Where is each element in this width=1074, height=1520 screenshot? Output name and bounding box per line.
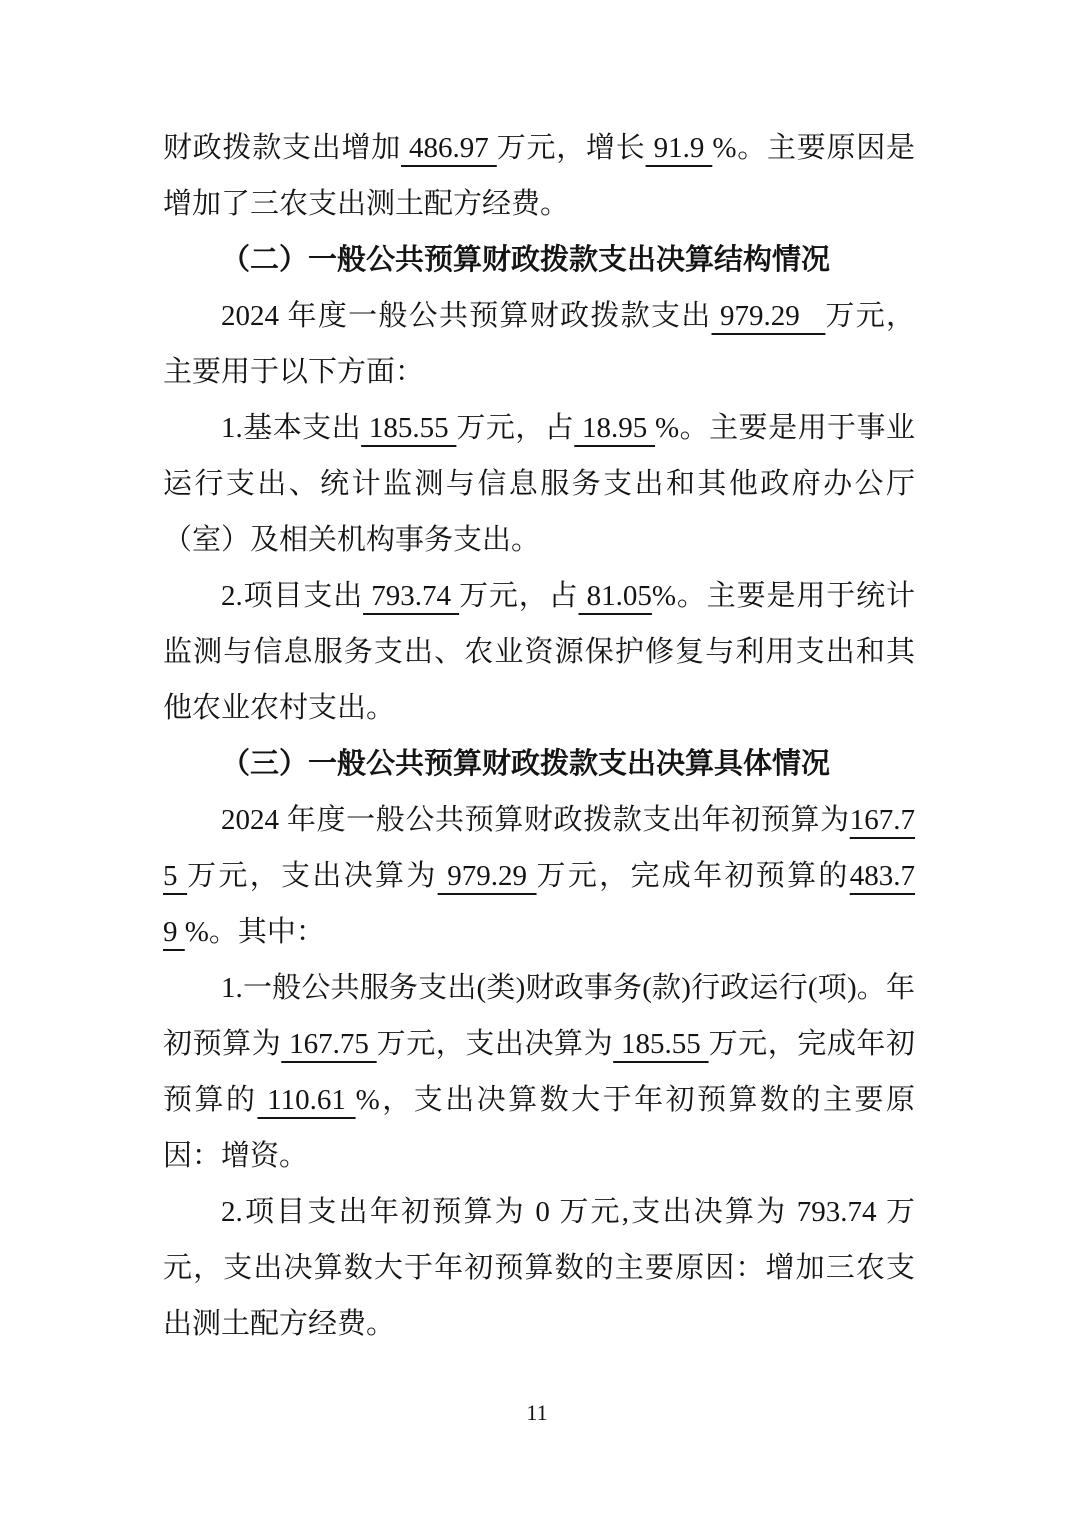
text-run: （二）一般公共预算财政拨款支出决算结构情况 <box>221 244 830 276</box>
text-run: 2024 年度一般公共预算财政拨款支出年初预算为 <box>221 804 850 836</box>
text-run: 万元，完成年初预算的 <box>537 860 850 892</box>
underlined-value: 185.55 <box>361 412 456 444</box>
document-body: 财政拨款支出增加 486.97 万元，增长 91.9 %。主要原因是增加了三农支… <box>163 120 915 1352</box>
document-page: 财政拨款支出增加 486.97 万元，增长 91.9 %。主要原因是增加了三农支… <box>0 0 1074 1520</box>
text-run: 2.项目支出 <box>221 580 363 612</box>
section-heading: （二）一般公共预算财政拨款支出决算结构情况 <box>163 232 915 288</box>
underlined-value: 979.29 <box>712 300 826 332</box>
paragraph: 财政拨款支出增加 486.97 万元，增长 91.9 %。主要原因是增加了三农支… <box>163 120 915 232</box>
text-run: 万元，占 <box>456 412 574 444</box>
underlined-value: 91.9 <box>646 132 713 164</box>
text-run: 万元，占 <box>459 580 578 612</box>
text-run: %。其中： <box>185 916 325 948</box>
paragraph: 2024 年度一般公共预算财政拨款支出年初预算为167.75 万元，支出决算为 … <box>163 792 915 960</box>
text-run: 万元，支出决算为 <box>377 1028 614 1060</box>
paragraph: 1.一般公共服务支出(类)财政事务(款)行政运行(项)。年初预算为 167.75… <box>163 960 915 1184</box>
paragraph: 2.项目支出年初预算为 0 万元,支出决算为 793.74 万元，支出决算数大于… <box>163 1184 915 1352</box>
underlined-value: 979.29 <box>438 860 537 892</box>
paragraph: 2024 年度一般公共预算财政拨款支出 979.29 万元，主要用于以下方面： <box>163 288 915 400</box>
text-run: 万元，支出决算为 <box>187 860 438 892</box>
text-run: （三）一般公共预算财政拨款支出决算具体情况 <box>221 748 830 780</box>
underlined-value: 18.95 <box>574 412 655 444</box>
text-run: 2.项目支出年初预算为 0 万元,支出决算为 793.74 万元，支出决算数大于… <box>163 1196 915 1340</box>
paragraph: 2.项目支出 793.74 万元，占 81.05%。主要是用于统计监测与信息服务… <box>163 568 915 736</box>
text-run: 1.基本支出 <box>221 412 361 444</box>
text-run: 财政拨款支出增加 <box>163 132 401 164</box>
page-number: 11 <box>0 1398 1074 1428</box>
underlined-value: 793.74 <box>363 580 459 612</box>
underlined-value: 167.75 <box>281 1028 376 1060</box>
text-run: 万元，增长 <box>497 132 646 164</box>
section-heading: （三）一般公共预算财政拨款支出决算具体情况 <box>163 736 915 792</box>
underlined-value: 486.97 <box>401 132 497 164</box>
underlined-value: 110.61 <box>257 1084 355 1116</box>
underlined-value: 185.55 <box>613 1028 708 1060</box>
underlined-value: 81.05 <box>579 580 652 612</box>
text-run: 2024 年度一般公共预算财政拨款支出 <box>221 300 712 332</box>
paragraph: 1.基本支出 185.55 万元，占 18.95 %。主要是用于事业运行支出、统… <box>163 400 915 568</box>
